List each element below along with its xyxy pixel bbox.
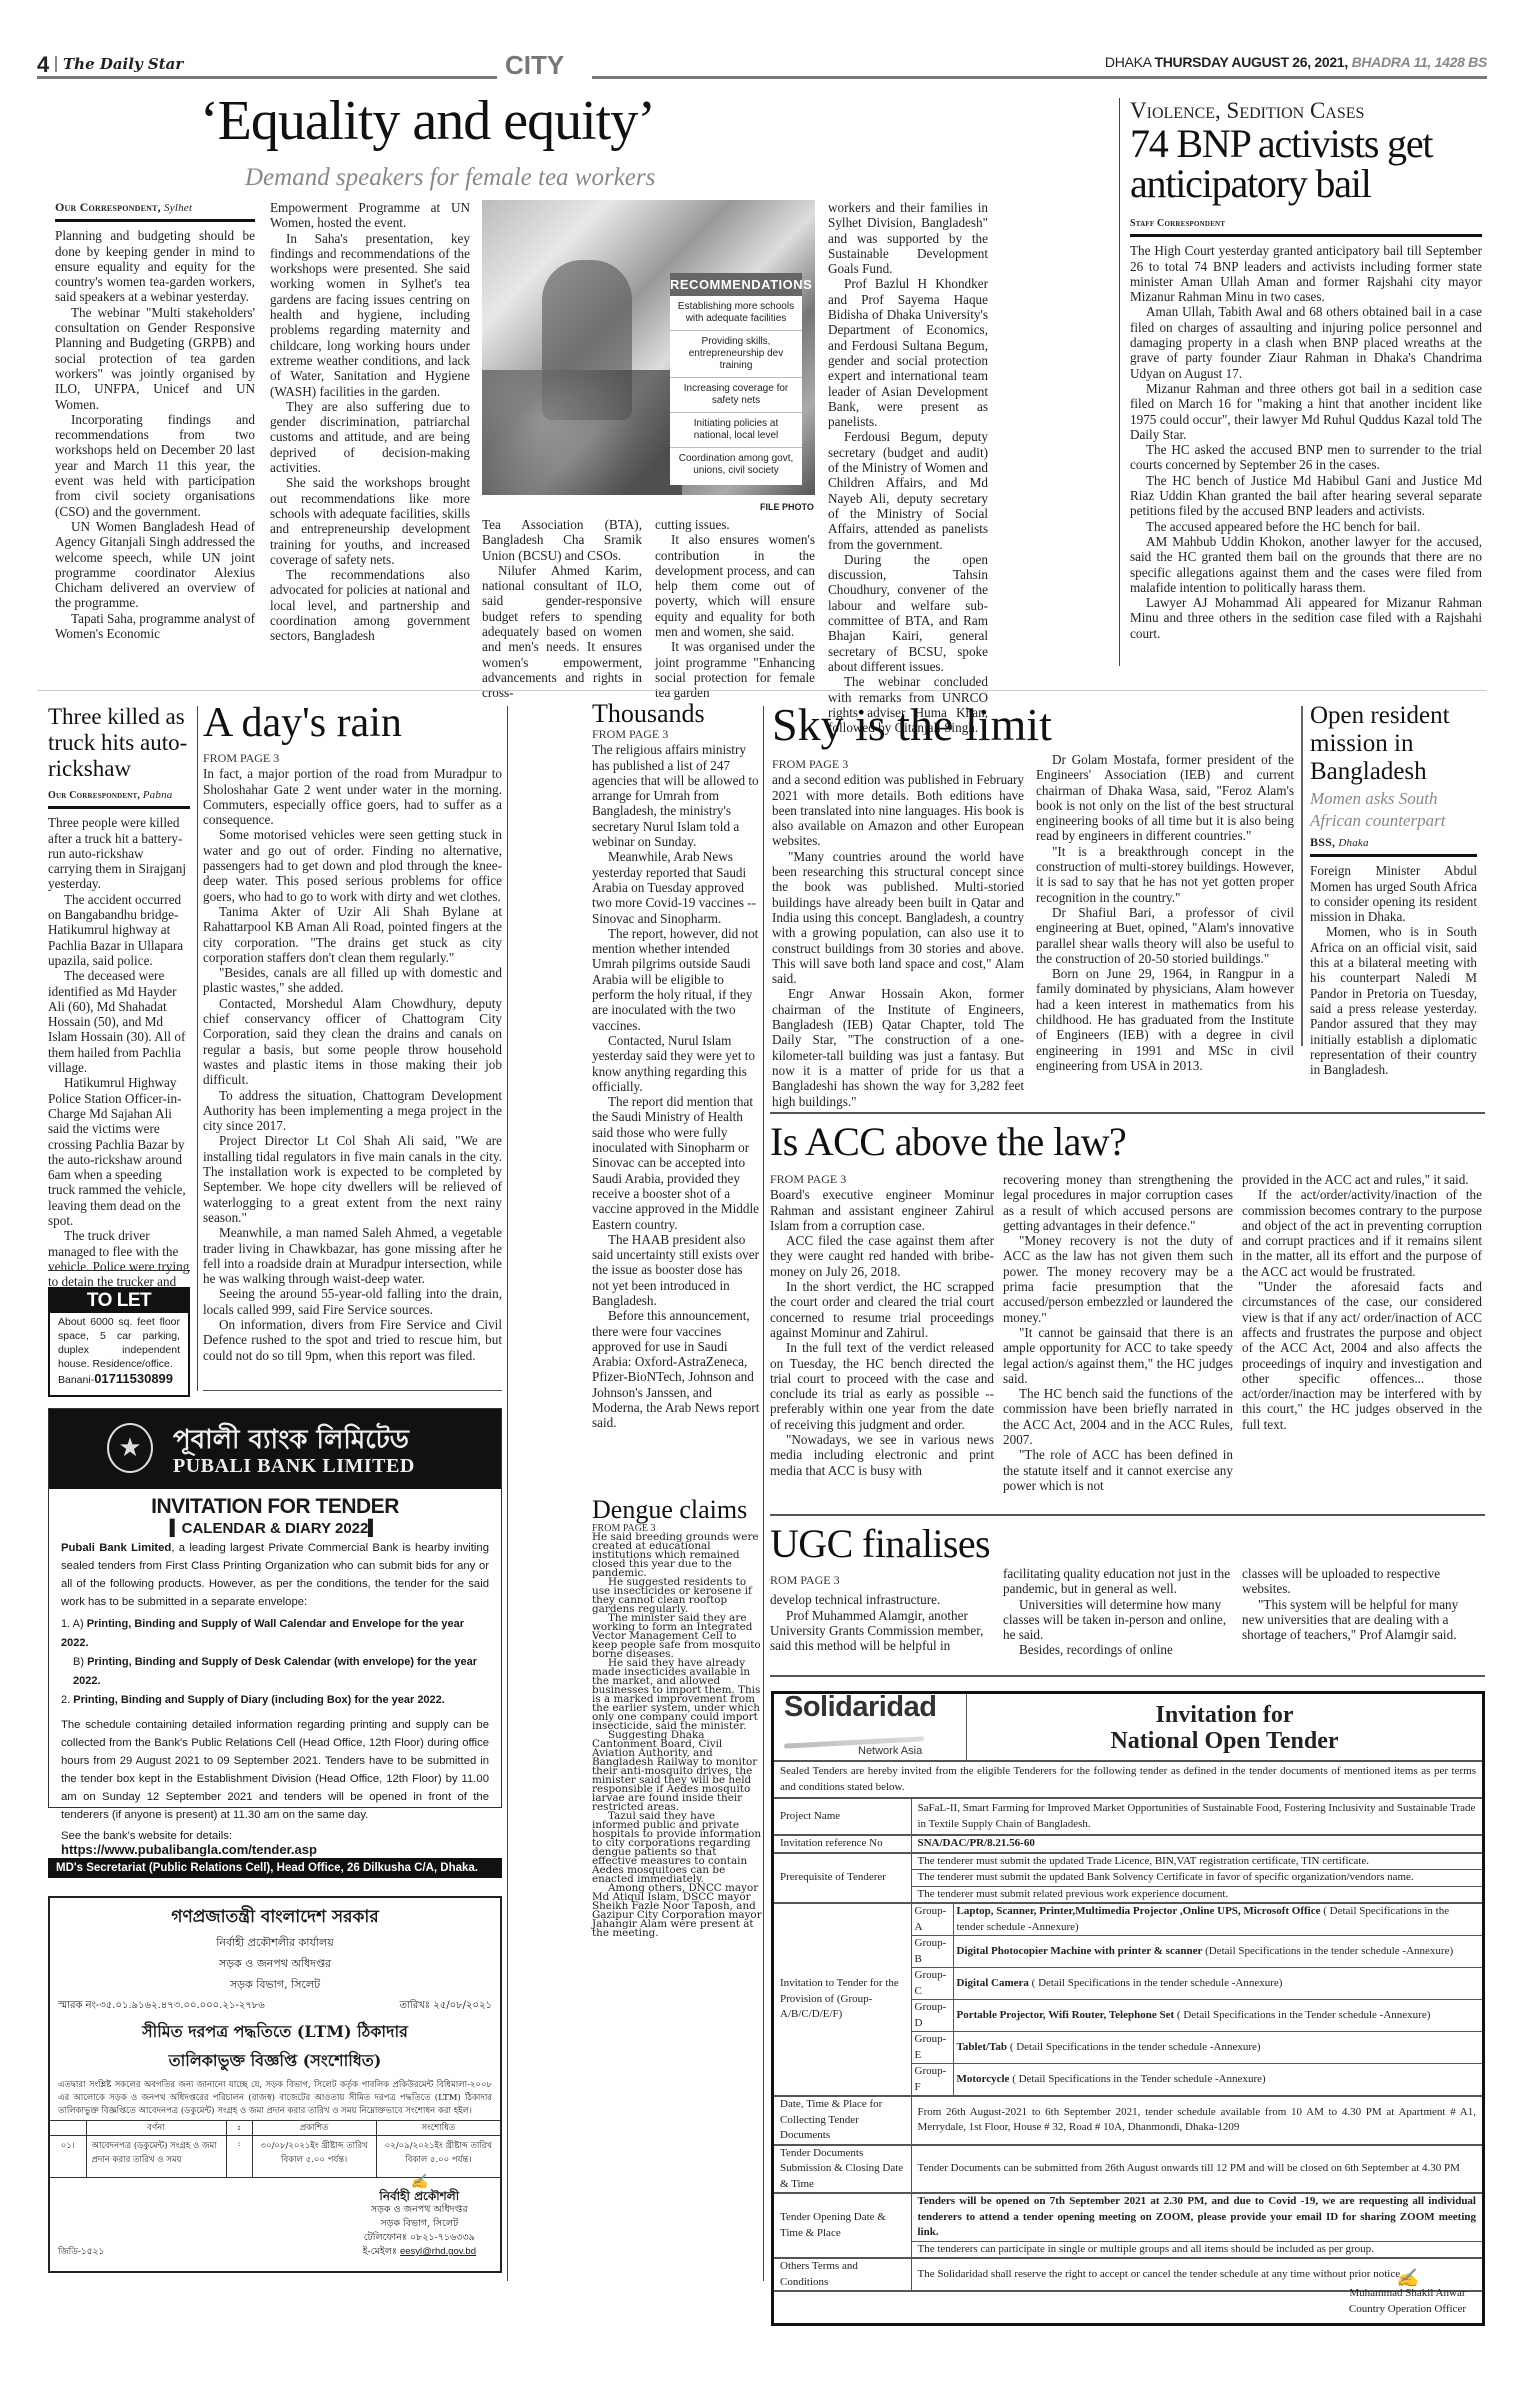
from-page: FROM PAGE 3 — [592, 727, 762, 742]
truck-headline: Three killed as truck hits auto-rickshaw — [48, 704, 198, 782]
paragraph: The HC asked the accused BNP men to surr… — [1130, 442, 1482, 473]
website-link[interactable]: https://www.pubalibangla.com/tender.asp — [49, 1842, 501, 1857]
dengue-body: FROM PAGE 3 He said breeding grounds wer… — [592, 1524, 762, 1938]
row-value: The tenderer must submit the updated Tra… — [911, 1853, 1482, 1870]
row-value: SaFaL-II, Smart Farming for Improved Mar… — [911, 1799, 1482, 1835]
govt-line3: সড়ক ও জনপথ অধিদপ্তর — [58, 1955, 492, 1974]
paragraph: Planning and budgeting should be done by… — [55, 228, 255, 304]
paragraph: Contacted, Nurul Islam yesterday said th… — [592, 1033, 762, 1094]
paragraph: During the open discussion, Tahsin Choud… — [828, 552, 988, 674]
paragraph: Meanwhile, Arab News yesterday reported … — [592, 849, 762, 925]
bnp-byline: Staff Correspondent — [1130, 216, 1482, 237]
govt-line4: সড়ক বিভাগ, সিলেট — [58, 1976, 492, 1995]
to-let-title: TO LET — [50, 1289, 188, 1313]
paragraph: Mizanur Rahman and three others got bail… — [1130, 381, 1482, 442]
table-header: বর্ণনা — [86, 2121, 226, 2136]
paragraph: "It cannot be gainsaid that there is an … — [1003, 1325, 1233, 1386]
group-name: Group-B — [911, 1936, 953, 1968]
row-value: Tender Documents can be submitted from 2… — [911, 2145, 1482, 2194]
govt-signature-block: ✍ নির্বাহী প্রকৌশলী সড়ক ও জনপথ অধিদপ্তর… — [363, 2175, 476, 2259]
paragraph: The religious affairs ministry has publi… — [592, 742, 762, 849]
group-item: Digital Photocopier Machine with printer… — [953, 1936, 1482, 1968]
email-label: ই-মেইলঃ — [363, 2246, 397, 2257]
paper-name: The Daily Star — [63, 55, 183, 73]
recommendations-title: RECOMMENDATIONS — [670, 273, 802, 296]
item-num: 2. — [61, 1694, 70, 1706]
table-header-row: বর্ণনা : প্রকাশিত সংশোধিত — [50, 2121, 500, 2136]
govt-memo-row: স্মারক নং-৩৫.০১.৯১৬২.৪৭৩.০০.০০০.২১-২৭৮৬ … — [58, 1998, 492, 2015]
byline-place: Sylhet — [164, 202, 192, 214]
group-item-name: Tablet/Tab — [957, 2041, 1008, 2053]
from-page: ROM PAGE 3 — [770, 1573, 994, 1588]
section-divider — [37, 690, 1487, 691]
thousands-body: FROM PAGE 3 The religious affairs minist… — [592, 727, 762, 1431]
group-row: Invitation to Tender for the Provision o… — [774, 1903, 1482, 1936]
paragraph: Lawyer AJ Mohammad Ali appeared for Miza… — [1130, 595, 1482, 641]
table-cell: ০১। — [50, 2136, 86, 2178]
pubali-logo-icon: ★ — [107, 1423, 153, 1473]
paragraph: Tanima Akter of Uzir Ali Shah Bylane at … — [203, 904, 502, 965]
paragraph: Suggesting Dhaka Cantonment Board, Civil… — [592, 1731, 762, 1812]
group-name: Group-D — [911, 2000, 953, 2032]
from-page: FROM PAGE 3 — [770, 1172, 994, 1187]
byline-place: Pabna — [143, 789, 173, 801]
table-cell: : — [226, 2136, 252, 2178]
paragraph: The accused appeared before the HC bench… — [1130, 519, 1482, 534]
paragraph: It also ensures women's contribution in … — [655, 532, 815, 639]
sky-headline: Sky is the limit — [772, 702, 1052, 748]
row-label: Project Name — [774, 1799, 911, 1835]
tender-item: 2. Printing, Binding and Supply of Diary… — [61, 1691, 489, 1710]
intro-bold: Pubali Bank Limited — [61, 1542, 171, 1554]
acc-col-2: recovering money than strengthening the … — [1003, 1172, 1233, 1493]
thousands-headline: Thousands — [592, 701, 705, 727]
paragraph: She said the workshops brought out recom… — [270, 475, 470, 567]
row-label: Invitation to Tender for the Provision o… — [774, 1903, 911, 2096]
truck-byline: Our Correspondent, Pabna — [48, 788, 190, 809]
row-label: Tender Documents Submission & Closing Da… — [774, 2145, 911, 2194]
tender-intro: Pubali Bank Limited, a leading largest P… — [49, 1537, 501, 1613]
paragraph: Tea Association (BTA), Bangladesh Cha Sr… — [482, 517, 642, 563]
page-number: 4 — [37, 52, 49, 78]
dengue-headline: Dengue claims — [592, 1497, 747, 1523]
paragraph: In fact, a major portion of the road fro… — [203, 766, 502, 827]
row-value: The tenderers can participate in single … — [911, 2241, 1482, 2258]
group-name: Group-A — [911, 1903, 953, 1936]
paragraph: provided in the ACC act and rules," it s… — [1242, 1172, 1482, 1187]
to-let-ad: TO LET About 6000 sq. feet floor space, … — [48, 1287, 190, 1397]
paragraph: AM Mahbub Uddin Khokon, another lawyer f… — [1130, 534, 1482, 595]
to-let-body: About 6000 sq. feet floor space, 5 car p… — [50, 1313, 188, 1371]
bnp-headline: 74 BNP activists get anticipatory bail — [1130, 124, 1490, 204]
paragraph: Some motorised vehicles were seen gettin… — [203, 827, 502, 903]
sky-col-2: Dr Golam Mostafa, former president of th… — [1036, 752, 1294, 1073]
memo-number: স্মারক নং-৩৫.০১.৯১৬২.৪৭৩.০০.০০০.২১-২৭৮৬ — [58, 1998, 265, 2015]
paragraph: "This system will be helpful for many ne… — [1242, 1597, 1482, 1643]
lead-col-4: cutting issues. It also ensures women's … — [655, 517, 815, 701]
govt-body: এতদ্বারা সংশ্লিষ্ট সকলের অবগতির জন্য জান… — [58, 2079, 492, 2118]
recommendation-item: Providing skills, entrepreneurship dev t… — [670, 331, 802, 378]
paragraph: Three people were killed after a truck h… — [48, 815, 190, 891]
signature-scribble-icon: ✍ — [1349, 2271, 1466, 2287]
govt-title2: তালিকাভুক্ত বিজ্ঞপ্তি (সংশোধিত) — [58, 2048, 492, 2075]
paragraph: "It is a breakthrough concept in the con… — [1036, 844, 1294, 905]
rain-body: FROM PAGE 3 In fact, a major portion of … — [203, 751, 502, 1363]
row-value: From 26th August-2021 to 6th September 2… — [911, 2096, 1482, 2145]
paragraph: Dr Shafiul Bari, a professor of civil en… — [1036, 905, 1294, 966]
table-row: Project Name SaFaL-II, Smart Farming for… — [774, 1799, 1482, 1835]
column-rule — [763, 706, 764, 2281]
recommendation-item: Increasing coverage for safety nets — [670, 378, 802, 413]
paragraph: Aman Ullah, Tabith Awal and 68 others ob… — [1130, 304, 1482, 380]
divider — [203, 1390, 502, 1391]
acc-col-1: FROM PAGE 3 Board's executive engineer M… — [770, 1172, 994, 1478]
section-divider — [770, 1514, 1485, 1516]
tea-bush — [482, 370, 682, 495]
paragraph: Foreign Minister Abdul Momen has urged S… — [1310, 863, 1477, 924]
paragraph: They are also suffering due to gender di… — [270, 399, 470, 475]
paragraph: UN Women Bangladesh Head of Agency Gitan… — [55, 519, 255, 611]
row-value: Tenders will be opened on 7th September … — [911, 2193, 1482, 2241]
paragraph: The deceased were identified as Md Hayde… — [48, 968, 190, 1075]
sky-col-1: FROM PAGE 3 and a second edition was pub… — [772, 757, 1024, 1109]
row-label: Invitation reference No — [774, 1835, 911, 1853]
signer-name: Muhammad Shakil Anwar — [1349, 2286, 1466, 2302]
lead-col-1: Our Correspondent, Sylhet Planning and b… — [55, 200, 255, 641]
paragraph: If the act/order/activity/inaction of th… — [1242, 1187, 1482, 1279]
paragraph: cutting issues. — [655, 517, 815, 532]
dateline-bengali: BHADRA 11, 1428 BS — [1352, 54, 1487, 70]
paragraph: "Nowadays, we see in various news media … — [770, 1432, 994, 1478]
recommendation-item: Establishing more schools with adequate … — [670, 296, 802, 331]
paragraph: In the short verdict, the HC scrapped th… — [770, 1279, 994, 1340]
paragraph: In Saha's presentation, key findings and… — [270, 231, 470, 399]
subtitle-text: CALENDAR & DIARY 2022 — [182, 1520, 369, 1537]
paragraph: Before this announcement, there were fou… — [592, 1308, 762, 1430]
sol-intro: Sealed Tenders are hereby invited from t… — [774, 1762, 1482, 1799]
paragraph: Project Director Lt Col Shah Ali said, "… — [203, 1133, 502, 1225]
masthead-rule-right — [592, 76, 1487, 79]
paragraph: The report did mention that the Saudi Mi… — [592, 1094, 762, 1232]
paragraph: To address the situation, Chattogram Dev… — [203, 1088, 502, 1134]
mission-subhead: Momen asks South African counterpart — [1310, 788, 1480, 832]
group-item-note: ( Detail Specifications in the Tender sc… — [1012, 2073, 1265, 2085]
paragraph: Empowerment Programme at UN Women, hoste… — [270, 200, 470, 231]
paragraph: The webinar "Multi stakeholders' consult… — [55, 305, 255, 412]
paragraph: "Money recovery is not the duty of ACC a… — [1003, 1233, 1233, 1325]
byline-text: Our Correspondent, — [48, 790, 140, 801]
paragraph: "The role of ACC has been defined in the… — [1003, 1447, 1233, 1493]
to-let-location: Banani- — [58, 1374, 94, 1386]
to-let-contact: Banani-01711530899 — [50, 1371, 188, 1386]
column-rule — [1301, 706, 1303, 1046]
from-page: FROM PAGE 3 — [772, 757, 1024, 772]
row-label: Prerequisite of Tenderer — [774, 1853, 911, 1904]
paragraph: Tapati Saha, programme analyst of Women'… — [55, 611, 255, 642]
memo-date: তারিখঃ ২৫/০৮/২০২১ — [399, 1998, 492, 2015]
acc-col-3: provided in the ACC act and rules," it s… — [1242, 1172, 1482, 1432]
dateline: DHAKA THURSDAY AUGUST 26, 2021, BHADRA 1… — [1105, 54, 1487, 70]
dateline-date: THURSDAY AUGUST 26, 2021, — [1154, 54, 1348, 70]
sig-dept: সড়ক ও জনপথ অধিদপ্তর — [363, 2203, 476, 2217]
paragraph: The accident occurred on Bangabandhu bri… — [48, 892, 190, 968]
group-item-note: ( Detail Specifications in the tender sc… — [1010, 2041, 1261, 2053]
item-text: Printing, Binding and Supply of Diary (i… — [73, 1694, 445, 1706]
paragraph: The minister said they are working to fo… — [592, 1614, 762, 1659]
lead-col-2: Empowerment Programme at UN Women, hoste… — [270, 200, 470, 644]
tea-garden-photo: RECOMMENDATIONS Establishing more school… — [482, 200, 815, 495]
paragraph: recovering money than strengthening the … — [1003, 1172, 1233, 1233]
paragraph: and a second edition was published in Fe… — [772, 772, 1024, 848]
group-item: Laptop, Scanner, Printer,Multimedia Proj… — [953, 1903, 1482, 1936]
signature-scribble-icon: ✍ — [363, 2175, 476, 2189]
row-value: The tenderer must submit the updated Ban… — [911, 1870, 1482, 1887]
website-label: See the bank's website for details: — [49, 1828, 501, 1842]
group-name: Group-E — [911, 2032, 953, 2064]
paragraph: The High Court yesterday granted anticip… — [1130, 243, 1482, 304]
paragraph: He said breeding grounds were created at… — [592, 1533, 762, 1578]
sol-title-2: National Open Tender — [967, 1728, 1482, 1754]
paragraph: The HC bench said the functions of the c… — [1003, 1386, 1233, 1447]
tender-schedule: The schedule containing detailed informa… — [49, 1712, 501, 1828]
pubali-english-name: PUBALI BANK LIMITED — [173, 1455, 415, 1478]
column-rule — [1119, 98, 1120, 666]
paragraph: Universities will determine how many cla… — [1003, 1597, 1233, 1643]
govt-table: বর্ণনা : প্রকাশিত সংশোধিত ০১। আবেদনপত্র … — [50, 2120, 500, 2178]
paragraph: In the full text of the verdict released… — [770, 1340, 994, 1432]
group-name: Group-C — [911, 1968, 953, 2000]
pubali-header: ★ পূবালী ব্যাংক লিমিটেড PUBALI BANK LIMI… — [49, 1409, 501, 1489]
ugc-headline: UGC finalises — [770, 1524, 990, 1564]
table-row: ০১। আবেদনপত্র (ডকুমেন্ট) সংগ্রহ ও জমা প্… — [50, 2136, 500, 2178]
truck-body: Our Correspondent, Pabna Three people we… — [48, 788, 190, 1305]
table-cell: ০২/০৯/২০২১ইং খ্রীষ্টাব্দ তারিখ বিকাল ৫.০… — [376, 2136, 500, 2178]
group-item: Tablet/Tab ( Detail Specifications in th… — [953, 2032, 1482, 2064]
row-label: Date, Time & Place for Collecting Tender… — [774, 2096, 911, 2145]
lead-headline: ‘Equality and equity’ — [200, 93, 700, 149]
sol-org-name: Solidaridad — [784, 1700, 936, 1716]
lead-col-5: workers and their families in Sylhet Div… — [828, 200, 988, 735]
table-row: Tender Documents Submission & Closing Da… — [774, 2145, 1482, 2194]
paragraph: Besides, recordings of online — [1003, 1642, 1233, 1657]
email-link[interactable]: eesyl@rhd.gov.bd — [400, 2246, 476, 2257]
paragraph: Incorporating findings and recommendatio… — [55, 412, 255, 519]
byline-place: Dhaka — [1338, 837, 1368, 849]
paragraph: He said they have already made insectici… — [592, 1659, 762, 1731]
sol-table: Project Name SaFaL-II, Smart Farming for… — [774, 1799, 1482, 2292]
byline-text: Our Correspondent, — [55, 200, 161, 214]
paragraph: The HC bench of Justice Md Habibul Gani … — [1130, 473, 1482, 519]
item-text: Printing, Binding and Supply of Desk Cal… — [73, 1656, 477, 1687]
tender-item: 1. A) Printing, Binding and Supply of Wa… — [61, 1615, 489, 1653]
group-item-note: (Detail Specifications in the tender sch… — [1205, 1945, 1453, 1957]
group-item-name: Laptop, Scanner, Printer,Multimedia Proj… — [957, 1905, 1321, 1917]
dateline-city: DHAKA — [1105, 54, 1151, 70]
sol-title: Invitation for National Open Tender — [967, 1694, 1482, 1760]
paragraph: Dr Golam Mostafa, former president of th… — [1036, 752, 1294, 844]
table-header: সংশোধিত — [376, 2121, 500, 2136]
paragraph: Meanwhile, a man named Saleh Ahmed, a ve… — [203, 1225, 502, 1286]
column-rule — [507, 706, 508, 2281]
section-divider — [770, 1112, 1485, 1114]
section-label: CITY — [505, 50, 564, 81]
group-item-name: Motorcycle — [957, 2073, 1010, 2085]
sol-org-sub: Network Asia — [858, 1744, 922, 1760]
row-label: Tender Opening Date & Time & Place — [774, 2193, 911, 2258]
paragraph: ACC filed the case against them after th… — [770, 1233, 994, 1279]
paragraph: Hatikumrul Highway Police Station Office… — [48, 1075, 190, 1228]
table-cell: ৩০/০৮/২০২১ইং খ্রীষ্টাব্দ তারিখ বিকাল ৫.০… — [252, 2136, 376, 2178]
lead-col-3: Tea Association (BTA), Bangladesh Cha Sr… — [482, 517, 642, 701]
table-header: প্রকাশিত — [252, 2121, 376, 2136]
paragraph: Board's executive engineer Mominur Rahma… — [770, 1187, 994, 1233]
group-item-note: ( Detail Specifications in the tender sc… — [1032, 1977, 1283, 1989]
photo-credit: FILE PHOTO — [760, 502, 814, 512]
paragraph: develop technical infrastructure. — [770, 1592, 994, 1607]
paragraph: classes will be uploaded to respective w… — [1242, 1566, 1482, 1597]
recommendations-box: RECOMMENDATIONS Establishing more school… — [670, 273, 802, 485]
table-row: Prerequisite of Tenderer The tenderer mu… — [774, 1853, 1482, 1870]
lead-byline: Our Correspondent, Sylhet — [55, 200, 255, 222]
govt-line2: নির্বাহী প্রকৌশলীর কার্যালয় — [58, 1934, 492, 1953]
sig-title: নির্বাহী প্রকৌশলী — [363, 2189, 476, 2203]
mission-body: BSS, Dhaka Foreign Minister Abdul Momen … — [1310, 835, 1477, 1077]
govt-title1: সীমিত দরপত্র পদ্ধতিতে (LTM) ঠিকাদার — [58, 2019, 492, 2046]
table-header: : — [226, 2121, 252, 2136]
rain-headline: A day's rain — [203, 702, 402, 744]
item-text: Printing, Binding and Supply of Wall Cal… — [61, 1618, 464, 1649]
paragraph: facilitating quality education not just … — [1003, 1566, 1233, 1597]
tender-title: INVITATION FOR TENDER — [49, 1495, 501, 1519]
paragraph: The report, however, did not mention whe… — [592, 926, 762, 1033]
paragraph: workers and their families in Sylhet Div… — [828, 200, 988, 276]
ugc-col-3: classes will be uploaded to respective w… — [1242, 1566, 1482, 1642]
paragraph: Tazul said they have informed public and… — [592, 1812, 762, 1884]
group-item-name: Portable Projector, Wifi Router, Telepho… — [957, 2009, 1175, 2021]
group-item: Digital Camera ( Detail Specifications i… — [953, 1968, 1482, 2000]
paragraph: He suggested residents to use insecticid… — [592, 1578, 762, 1614]
paragraph: Engr Anwar Hossain Akon, former chairman… — [772, 986, 1024, 1108]
column-rule — [197, 706, 198, 1391]
item-num: 1. A) — [61, 1618, 84, 1630]
paragraph: Nilufer Ahmed Karim, national consultant… — [482, 563, 642, 701]
sol-logo: Solidaridad Network Asia — [774, 1694, 967, 1760]
sig-division: সড়ক বিভাগ, সিলেট — [363, 2217, 476, 2231]
row-value: The tenderer must submit related previou… — [911, 1886, 1482, 1903]
recommendation-item: Coordination among govt, unions, civil s… — [670, 448, 802, 482]
paragraph: Born on June 29, 1964, in Rangpur in a f… — [1036, 966, 1294, 1073]
tender-items: 1. A) Printing, Binding and Supply of Wa… — [49, 1613, 501, 1712]
group-item-note: ( Detail Specifications in the Tender sc… — [1177, 2009, 1430, 2021]
masthead-rule-left — [37, 76, 497, 79]
sig-email-row: ই-মেইলঃ eesyl@rhd.gov.bd — [363, 2245, 476, 2259]
item-num: B) — [73, 1656, 84, 1668]
acc-headline: Is ACC above the law? — [770, 1122, 1126, 1162]
mission-headline: Open resident mission in Bangladesh — [1310, 702, 1485, 786]
group-item: Portable Projector, Wifi Router, Telepho… — [953, 2000, 1482, 2032]
paragraph: Contacted, Morshedul Alam Chowdhury, dep… — [203, 996, 502, 1088]
table-row: Date, Time & Place for Collecting Tender… — [774, 2096, 1482, 2145]
from-page: FROM PAGE 3 — [203, 751, 502, 766]
table-cell: আবেদনপত্র (ডকুমেন্ট) সংগ্রহ ও জমা প্রদান… — [86, 2136, 226, 2178]
pubali-footer: MD's Secretariat (Public Relations Cell)… — [48, 1858, 502, 1878]
to-let-phone: 01711530899 — [94, 1371, 173, 1386]
ugc-col-1: ROM PAGE 3 develop technical infrastruct… — [770, 1573, 994, 1653]
divider — [48, 1270, 190, 1271]
sol-title-1: Invitation for — [967, 1702, 1482, 1728]
mission-byline: BSS, Dhaka — [1310, 835, 1477, 857]
gd-number: জিডি-১৫২১ — [58, 2244, 104, 2259]
group-name: Group-F — [911, 2064, 953, 2097]
paragraph: On information, divers from Fire Service… — [203, 1317, 502, 1363]
lead-subhead: Demand speakers for female tea workers — [245, 164, 655, 192]
paragraph: The HAAB president also said uncertainty… — [592, 1232, 762, 1308]
paragraph: The recommendations also advocated for p… — [270, 567, 470, 643]
row-value: SNA/DAC/PR/8.21.56-60 — [911, 1835, 1482, 1853]
page-divider — [55, 56, 57, 72]
paragraph: "Under the aforesaid facts and circumsta… — [1242, 1279, 1482, 1432]
sig-phone: টেলিফোনঃ ০৮২১-৭১৬৩৩৯ — [363, 2231, 476, 2245]
paragraph: Prof Bazlul H Khondker and Prof Sayema H… — [828, 276, 988, 429]
ugc-col-2: facilitating quality education not just … — [1003, 1566, 1233, 1658]
signer-title: Country Operation Officer — [1349, 2302, 1466, 2318]
recommendation-item: Initiating policies at national, local l… — [670, 413, 802, 448]
row-label: Others Terms and Conditions — [774, 2258, 911, 2291]
sol-signature-block: ✍ Muhammad Shakil Anwar Country Operatio… — [1349, 2271, 1466, 2318]
govt-line1: গণপ্রজাতন্ত্রী বাংলাদেশ সরকার — [58, 1904, 492, 1932]
section-divider — [770, 1675, 1485, 1677]
paragraph: "Besides, canals are all filled up with … — [203, 965, 502, 996]
paragraph: Among others, DNCC mayor Md Atiqul Islam… — [592, 1884, 762, 1938]
pubali-bank-ad: ★ পূবালী ব্যাংক লিমিটেড PUBALI BANK LIMI… — [48, 1408, 502, 1808]
group-item-name: Digital Camera — [957, 1977, 1029, 1989]
paragraph: Prof Muhammed Alamgir, another Universit… — [770, 1608, 994, 1654]
table-row: Invitation reference No SNA/DAC/PR/8.21.… — [774, 1835, 1482, 1853]
byline-text: BSS, — [1310, 835, 1335, 849]
bnp-body: Staff Correspondent The High Court yeste… — [1130, 216, 1482, 641]
tender-item: B) Printing, Binding and Supply of Desk … — [61, 1653, 489, 1691]
group-item: Motorcycle ( Detail Specifications in th… — [953, 2064, 1482, 2097]
rhd-govt-ad: গণপ্রজাতন্ত্রী বাংলাদেশ সরকার নির্বাহী প… — [48, 1896, 502, 2273]
paragraph: "Many countries around the world have be… — [772, 849, 1024, 987]
masthead: 4 The Daily Star CITY DHAKA THURSDAY AUG… — [37, 54, 1487, 78]
paragraph: Momen, who is in South Africa on an offi… — [1310, 924, 1477, 1077]
sol-header: Solidaridad Network Asia Invitation for … — [774, 1694, 1482, 1762]
table-row: Tender Opening Date & Time & Place Tende… — [774, 2193, 1482, 2241]
paragraph: Seeing the around 55-year-old falling in… — [203, 1286, 502, 1317]
group-item-name: Digital Photocopier Machine with printer… — [957, 1945, 1203, 1957]
solidaridad-ad: Solidaridad Network Asia Invitation for … — [771, 1691, 1485, 2326]
paragraph: It was organised under the joint program… — [655, 639, 815, 700]
paragraph: Ferdousi Begum, deputy secretary (budget… — [828, 429, 988, 551]
tender-subtitle: ▍CALENDAR & DIARY 2022▍ — [49, 1519, 501, 1537]
table-header — [50, 2121, 86, 2136]
